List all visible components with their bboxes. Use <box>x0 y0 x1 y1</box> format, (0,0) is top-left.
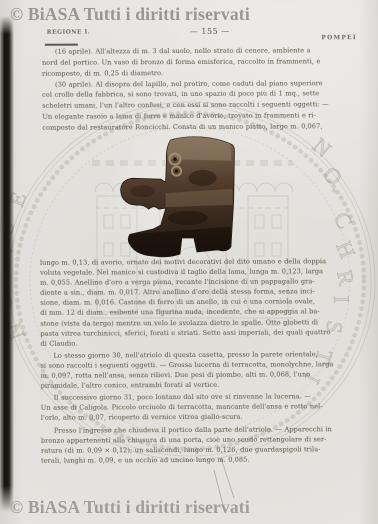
paragraph: Presso l'ingresso che chiudeva il portic… <box>41 424 346 466</box>
paragraph: Lo stesso giorno 30, nell'atriolo di que… <box>40 349 345 391</box>
artifact-photo <box>102 123 253 276</box>
text-line: piramidale, l'altro conico, entrambi for… <box>41 379 346 391</box>
body-text-lower: lungo m. 0,13, di avorio, ornato dei mot… <box>40 256 346 465</box>
page-content: REGIONE I. — 155 — POMPEI (16 aprile). A… <box>0 0 378 524</box>
header-city: POMPEI <box>321 34 357 41</box>
paragraph: lungo m. 0,13, di avorio, ornato dei mot… <box>40 256 345 348</box>
text-line: terali, lunghi m. 0,09, e un occhio ad u… <box>41 454 346 466</box>
paragraph: (16 aprile). All'altezza di m. 3 dal suo… <box>42 45 342 79</box>
scanned-page: ES·CONNO·CHRISTI © BiASA Tutti i diritti… <box>0 0 378 524</box>
header-rule <box>45 44 78 46</box>
paragraph: Il successivo giorno 31, poco lontano da… <box>41 391 346 423</box>
text-line: l'orlo, alto m. 0,07, ricoperto di verni… <box>41 412 346 424</box>
body-text-upper: (16 aprile). All'altezza di m. 3 dal suo… <box>42 45 342 133</box>
text-line: di Claudio. <box>40 337 345 349</box>
